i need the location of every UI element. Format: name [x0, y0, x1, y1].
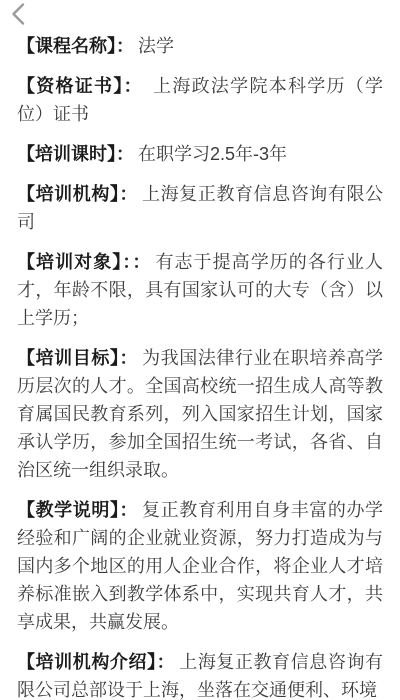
field-separator: ：	[119, 500, 142, 520]
field-label: 【课程名称】	[17, 36, 116, 56]
field-label: 【资格证书】	[17, 76, 124, 96]
field-label: 【培训机构介绍】	[17, 652, 157, 672]
field-value: 法学	[138, 36, 174, 56]
field-value: 在职学习2.5年-3年	[138, 144, 287, 164]
field-certificate: 【资格证书】： 上海政法学院本科学历（学位）证书	[17, 72, 383, 128]
field-target-audience: 【培训对象】：：有志于提高学历的各行业人才，年龄不限，具有国家认可的大专（含）以…	[17, 248, 383, 332]
chevron-left-icon	[9, 2, 29, 26]
field-separator: ：	[157, 652, 180, 672]
course-detail-content: 【课程名称】：法学 【资格证书】： 上海政法学院本科学历（学位）证书 【培训课时…	[0, 0, 400, 700]
field-separator: ：	[116, 144, 138, 164]
field-separator: ：	[119, 184, 142, 204]
field-label: 【培训机构】	[17, 184, 119, 204]
field-separator: ：：	[122, 252, 155, 272]
field-label: 【教学说明】	[17, 500, 119, 520]
field-separator: ：	[116, 36, 138, 56]
field-label: 【培训目标】	[17, 348, 119, 368]
field-separator: ：	[119, 348, 142, 368]
back-button[interactable]	[6, 1, 32, 27]
field-institution: 【培训机构】：上海复正教育信息咨询有限公司	[17, 180, 383, 236]
field-training-goal: 【培训目标】：为我国法律行业在职培养高学历层次的人才。全国高校统一招生成人高等教…	[17, 344, 383, 484]
field-label: 【培训课时】	[17, 144, 116, 164]
field-institution-intro: 【培训机构介绍】：上海复正教育信息咨询有限公司总部设于上海，坐落在交通便利、环境	[17, 648, 383, 700]
field-course-name: 【课程名称】：法学	[17, 32, 383, 60]
field-separator: ：	[124, 76, 147, 96]
field-teaching-notes: 【教学说明】：复正教育利用自身丰富的办学经验和广阔的企业就业资源，努力打造成为与…	[17, 496, 383, 636]
field-duration: 【培训课时】：在职学习2.5年-3年	[17, 140, 383, 168]
field-label: 【培训对象】	[17, 252, 122, 272]
